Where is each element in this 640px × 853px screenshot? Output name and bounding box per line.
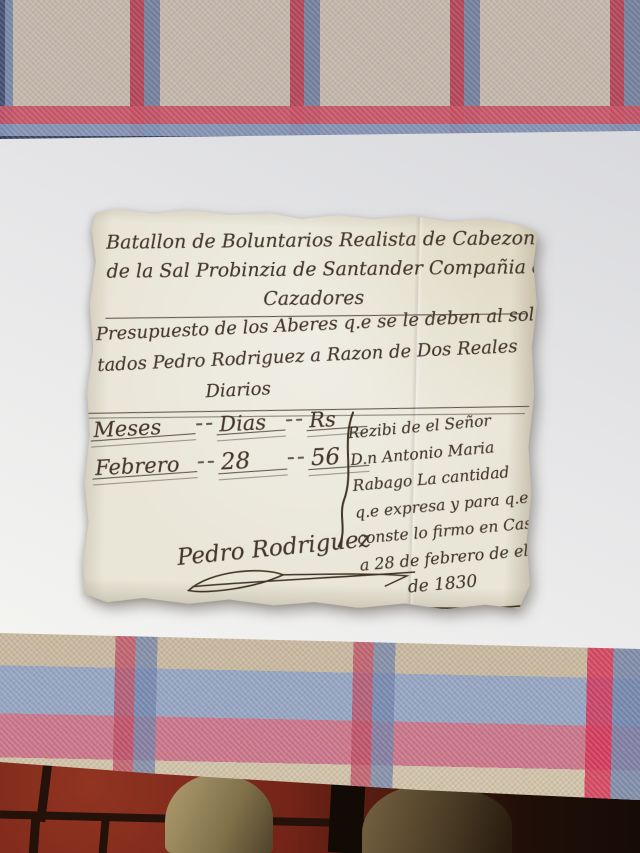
- dash-leader: [288, 457, 304, 460]
- tile-grout-line: [29, 816, 41, 853]
- dash-leader: [286, 419, 302, 422]
- table-header-dias: Dias: [219, 410, 280, 437]
- tablecloth-top: [0, 0, 640, 142]
- photo-scene: Batallon de Boluntarios Realista de Cabe…: [0, 0, 640, 853]
- title-line-2: de la Sal Probinzia de Santander Compañi…: [106, 253, 520, 286]
- tile-grout-line: [98, 820, 109, 853]
- knee-left: [165, 774, 273, 853]
- title-line-1: Batallon de Boluntarios Realista de Cabe…: [106, 224, 520, 257]
- table-header-meses: Meses: [93, 414, 190, 442]
- manuscript-document: Batallon de Boluntarios Realista de Cabe…: [80, 206, 540, 613]
- table-cell-days: 28: [220, 447, 281, 476]
- budget-paragraph: Presupuesto de los Aberes q.e se le debe…: [95, 299, 535, 412]
- pay-table: Meses Dias Rs Febrero 28 56: [93, 406, 364, 492]
- dash-leader: [198, 461, 214, 464]
- dash-leader: [196, 423, 212, 426]
- knee-right: [362, 784, 512, 853]
- manuscript-paper: Batallon de Boluntarios Realista de Cabe…: [80, 206, 540, 613]
- table-cell-month: Febrero: [95, 452, 192, 480]
